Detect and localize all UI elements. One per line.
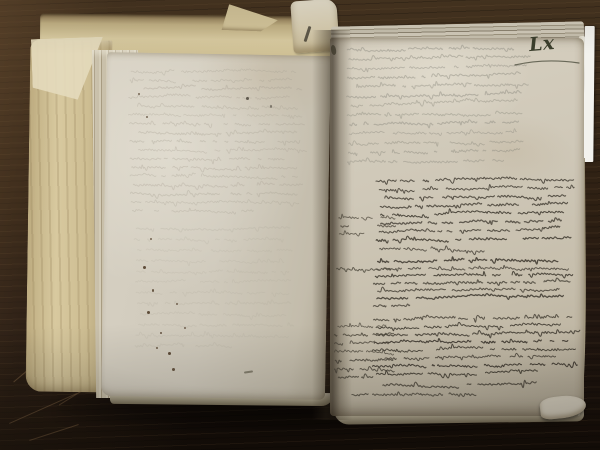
handwriting-paragraph-3 xyxy=(372,315,576,377)
wormhole-dot xyxy=(152,289,154,292)
handwriting-closing-line-2 xyxy=(347,389,475,398)
handwriting-faded-top-block xyxy=(346,44,530,166)
ink-speck-dot xyxy=(270,105,272,108)
handwriting-show-through-upper xyxy=(128,66,304,214)
handwriting-margin-note-3 xyxy=(334,321,394,381)
handwriting-paragraph-1 xyxy=(376,176,574,252)
handwriting-show-through-lower xyxy=(134,222,292,350)
wormhole-dot xyxy=(156,347,158,349)
handwriting-margin-note-2 xyxy=(336,262,392,273)
folio-underline-flourish xyxy=(513,56,583,70)
wormhole-dot xyxy=(150,238,152,240)
wormhole-dot xyxy=(184,327,186,329)
folio-number: Lx xyxy=(528,32,556,56)
wormhole-dot xyxy=(143,266,146,269)
handwriting-margin-note-1 xyxy=(336,213,394,237)
wormhole-dot xyxy=(176,303,178,305)
wormhole-dot xyxy=(138,93,140,95)
ink-speck-dot xyxy=(246,97,249,100)
white-inserted-sheet-edge xyxy=(583,26,594,162)
wormhole-dot xyxy=(172,368,175,371)
manuscript-photo: Lx Photograph of an early-modern bound m… xyxy=(0,0,600,450)
handwriting-paragraph-2 xyxy=(373,257,573,309)
wormhole-dot xyxy=(168,352,171,355)
wormhole-dot xyxy=(146,116,148,118)
wormhole-dot xyxy=(147,311,150,314)
handwriting-closing-line-1 xyxy=(382,379,544,389)
wormhole-dot xyxy=(160,332,162,334)
